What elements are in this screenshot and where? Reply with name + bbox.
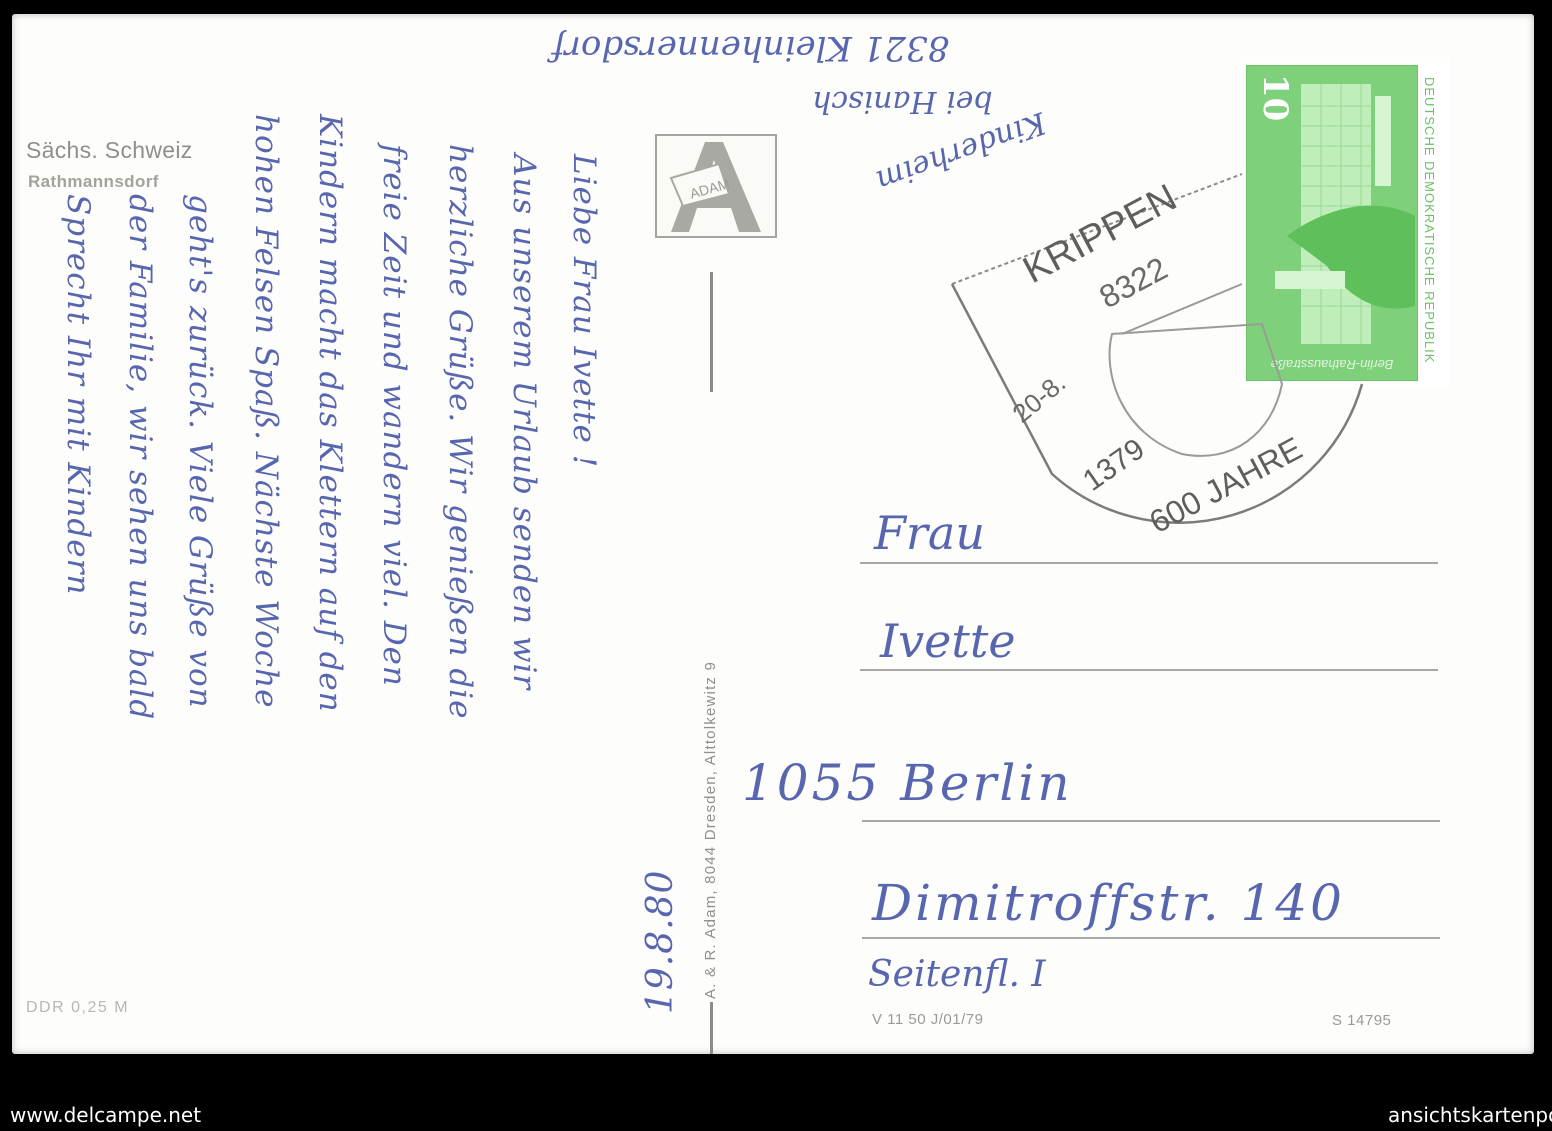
address-line-rule bbox=[860, 562, 1438, 564]
address-line-rule bbox=[860, 669, 1438, 671]
watermark-right: ansichtskartenpool bbox=[1388, 1103, 1552, 1127]
address-line-rule bbox=[862, 937, 1440, 939]
sender-note: 8321 Kleinhennersdorf bbox=[552, 28, 949, 68]
svg-text:8322: 8322 bbox=[1093, 250, 1173, 315]
svg-text:1379: 1379 bbox=[1077, 432, 1151, 497]
stamp-country: DEUTSCHE DEMOKRATISCHE REPUBLIK bbox=[1422, 77, 1437, 377]
svg-text:600 JAHRE: 600 JAHRE bbox=[1143, 430, 1308, 540]
message-line: Aus unserem Urlaub senden wir bbox=[506, 154, 542, 690]
adam-a-logo-icon: ADAM bbox=[657, 136, 775, 236]
message-line: hohen Felsen Spaß. Nächste Woche bbox=[248, 114, 284, 708]
address-extra: Seitenfl. I bbox=[868, 954, 1046, 995]
watermark-left: www.delcampe.net bbox=[10, 1103, 201, 1127]
publisher-imprint: A. & R. Adam, 8044 Dresden, Alttolkewitz… bbox=[702, 661, 719, 999]
postcard-back: Sächs. Schweiz Rathmannsdorf ADAM A. & R… bbox=[12, 14, 1534, 1054]
message-line: Liebe Frau Ivette ! bbox=[566, 154, 602, 468]
message-line: der Familie, wir sehen uns bald bbox=[122, 194, 158, 720]
address-line: 1055 Berlin bbox=[742, 754, 1073, 812]
address-line: Ivette bbox=[880, 614, 1016, 668]
postage-stamp: 10 Berlin-Rathausstraße DEUTSCHE DEMOKRA… bbox=[1240, 57, 1450, 387]
message-date: 19.8.80 bbox=[640, 870, 681, 1014]
message-line: freie Zeit und wandern viel. Den bbox=[376, 144, 412, 687]
address-line: Frau bbox=[874, 506, 985, 560]
serial-number: S 14795 bbox=[1332, 1012, 1391, 1029]
place-title: Sächs. Schweiz bbox=[26, 137, 193, 164]
divider-line bbox=[710, 272, 713, 392]
svg-text:KRIPPEN: KRIPPEN bbox=[1017, 177, 1184, 292]
message-line: Kindern macht das Klettern auf den bbox=[312, 114, 348, 713]
divider-line bbox=[710, 1002, 713, 1054]
town-hall-illustration-icon bbox=[1247, 66, 1417, 380]
svg-text:20-8.: 20-8. bbox=[1007, 368, 1072, 429]
message-line: Sprecht Ihr mit Kindern bbox=[60, 194, 96, 595]
publisher-logo: ADAM bbox=[655, 134, 777, 238]
stamp-caption: Berlin-Rathausstraße bbox=[1247, 357, 1417, 372]
price-label: DDR 0,25 M bbox=[26, 999, 129, 1017]
message-line: herzliche Grüße. Wir genießen die bbox=[442, 144, 478, 719]
sender-note: bei Hanisch bbox=[812, 84, 993, 119]
address-line: Dimitroffstr. 140 bbox=[872, 874, 1345, 932]
print-code: V 11 50 J/01/79 bbox=[872, 1011, 983, 1028]
place-subtitle: Rathmannsdorf bbox=[28, 172, 159, 192]
message-line: geht's zurück. Viele Grüße von bbox=[182, 194, 218, 709]
address-line-rule bbox=[862, 820, 1440, 822]
